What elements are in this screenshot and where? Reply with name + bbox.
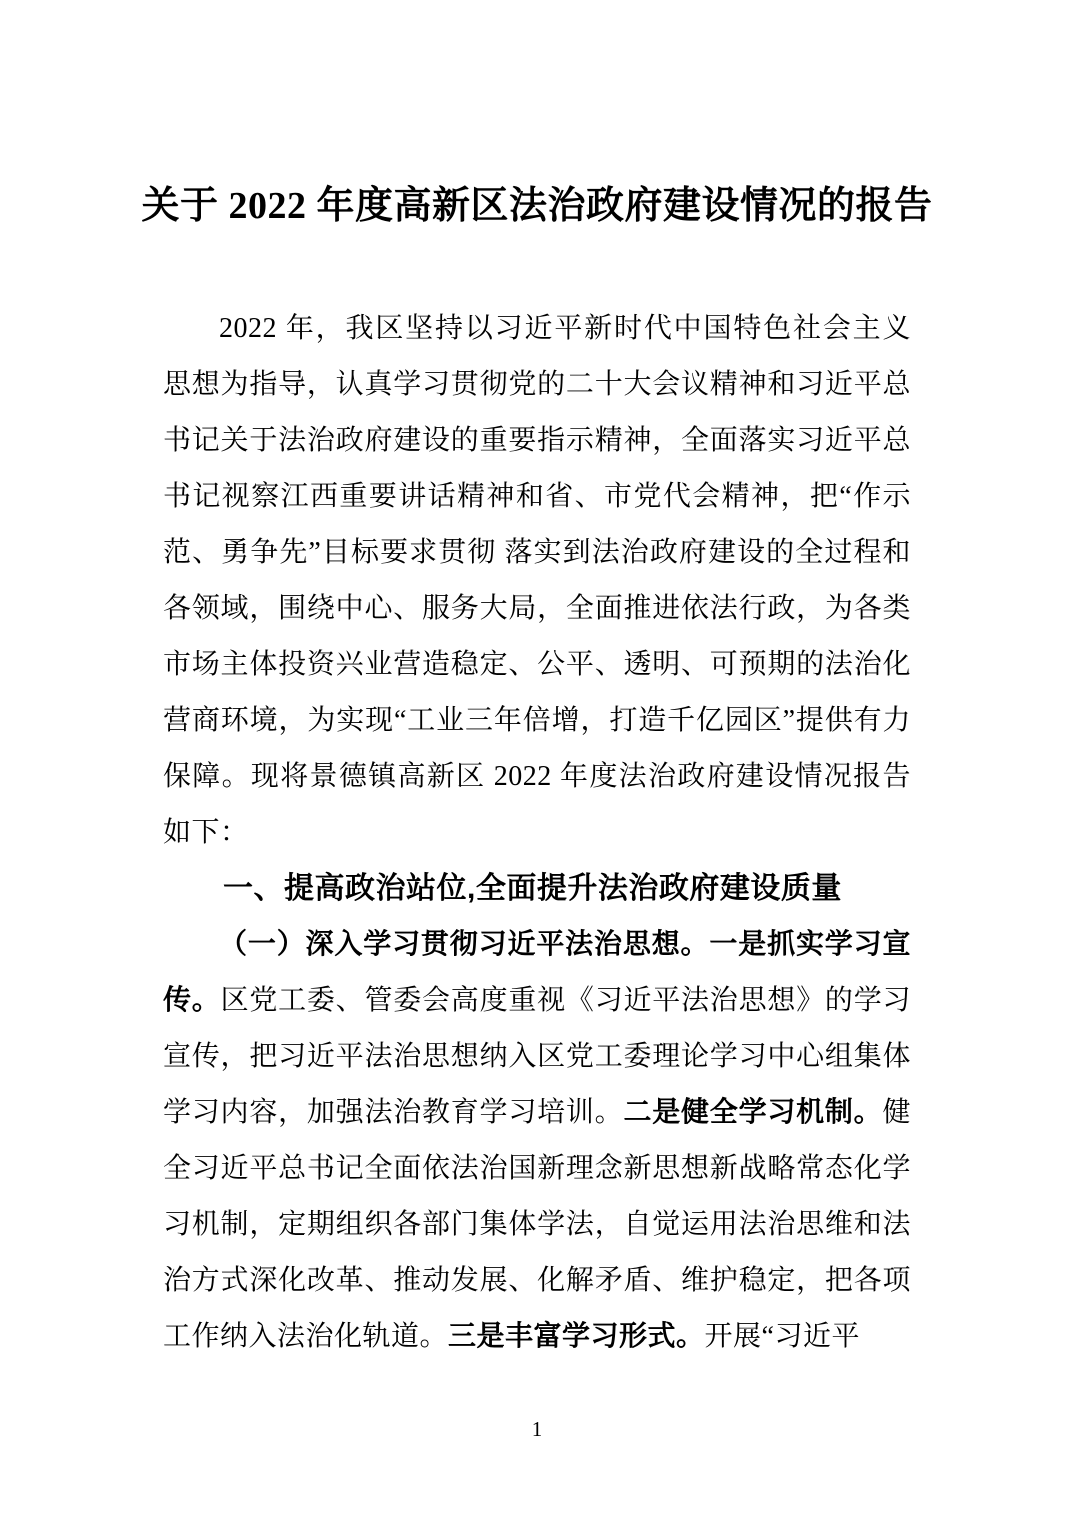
text-run: 三是丰富学习形式。 [448,1321,705,1352]
text-run: 2022 年，我区坚持以习近平新时代中国特色社会主义思想为指导，认真学习贯彻党的… [163,313,911,848]
text-run: 健全习近平总书记全面依法治国新理念新思想新战略常态化学习机制，定期组织各部门集体… [163,1097,911,1352]
document-page: 关于 2022 年度高新区法治政府建设情况的报告 2022 年，我区坚持以习近平… [0,0,1074,1520]
paragraph: （一）深入学习贯彻习近平法治思想。一是抓实学习宣传。区党工委、管委会高度重视《习… [163,917,911,1365]
document-body: 2022 年，我区坚持以习近平新时代中国特色社会主义思想为指导，认真学习贯彻党的… [163,301,911,1365]
paragraph: 2022 年，我区坚持以习近平新时代中国特色社会主义思想为指导，认真学习贯彻党的… [163,301,911,861]
section-heading: 一、提高政治站位,全面提升法治政府建设质量 [163,861,911,917]
text-run: 一、提高政治站位,全面提升法治政府建设质量 [223,872,842,905]
page-number: 1 [0,1417,1074,1442]
text-run: 开展“习近平 [705,1321,860,1352]
document-title: 关于 2022 年度高新区法治政府建设情况的报告 [141,183,933,231]
text-run: 二是健全学习机制。 [623,1097,882,1128]
